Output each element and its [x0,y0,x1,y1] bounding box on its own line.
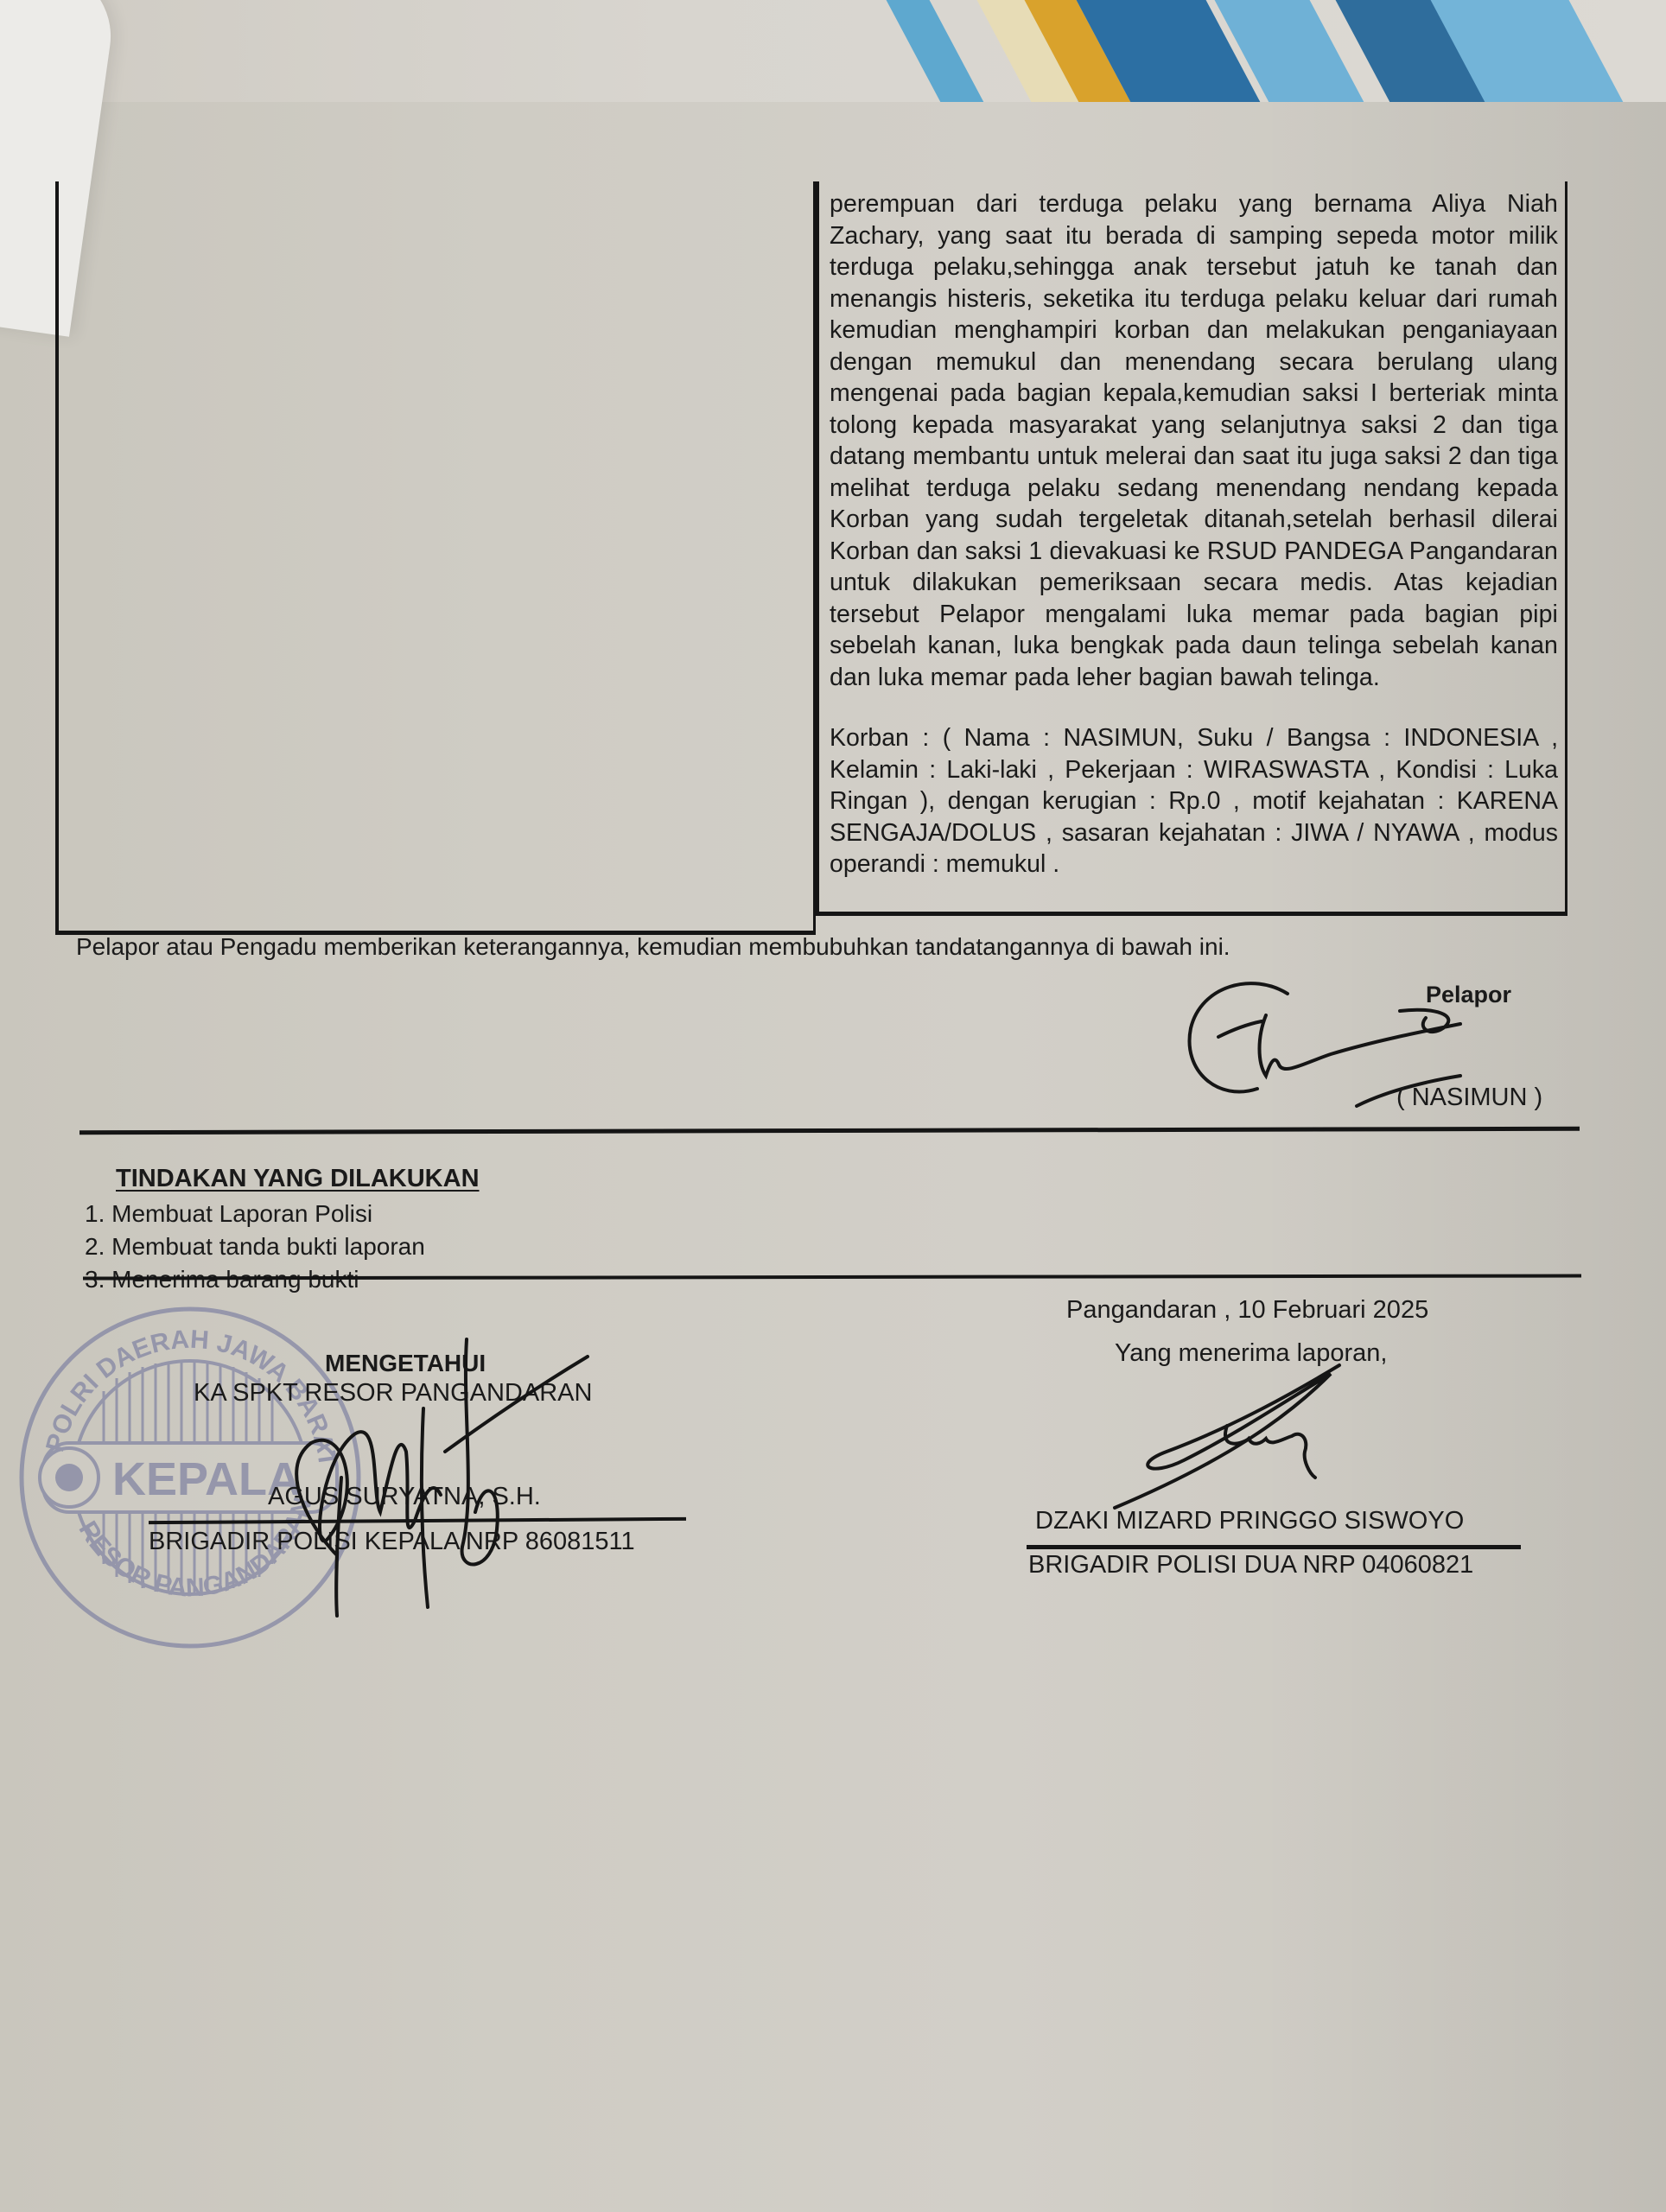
victim-details: Korban : ( Nama : NASIMUN, Suku / Bangsa… [830,722,1558,880]
acknowledged-rank: BRIGADIR POLISI KEPALA NRP 86081511 [149,1528,635,1556]
reporter-name: ( NASIMUN ) [1396,1084,1542,1112]
actions-list: 1. Membuat Laporan Polisi 2. Membuat tan… [85,1198,425,1296]
acknowledged-name: AGUS SURYATNA, S.H. [268,1483,541,1511]
police-stamp-icon: KEPALA POLRI DAERAH JAWA BARAT RESOR PAN… [9,1296,372,1659]
table-right-cell: perempuan dari terduga pelaku yang berna… [816,181,1567,916]
actions-title: TINDAKAN YANG DILAKUKAN [116,1165,480,1193]
reporter-label: Pelapor [1426,982,1511,1008]
acknowledged-label: MENGETAHUI [325,1350,486,1377]
incident-narrative: perempuan dari terduga pelaku yang berna… [830,188,1558,693]
decorative-stripe [877,0,994,108]
reporter-statement: Pelapor atau Pengadu memberikan keterang… [76,933,1230,961]
report-table: perempuan dari terduga pelaku yang berna… [55,181,1567,935]
receiver-rank: BRIGADIR POLISI DUA NRP 04060821 [1028,1551,1473,1580]
receiver-name: DZAKI MIZARD PRINGGO SISWOYO [1035,1507,1464,1535]
place-date: Pangandaran , 10 Februari 2025 [1066,1296,1428,1325]
table-left-cell [55,181,816,935]
action-item: 1. Membuat Laporan Polisi [85,1198,425,1230]
receiver-label: Yang menerima laporan, [1115,1339,1387,1368]
signature-line [1027,1545,1521,1549]
acknowledged-position: KA SPKT RESOR PANGANDARAN [194,1379,592,1408]
decorative-stripes [0,0,1666,108]
action-item: 2. Membuat tanda bukti laporan [85,1230,425,1263]
